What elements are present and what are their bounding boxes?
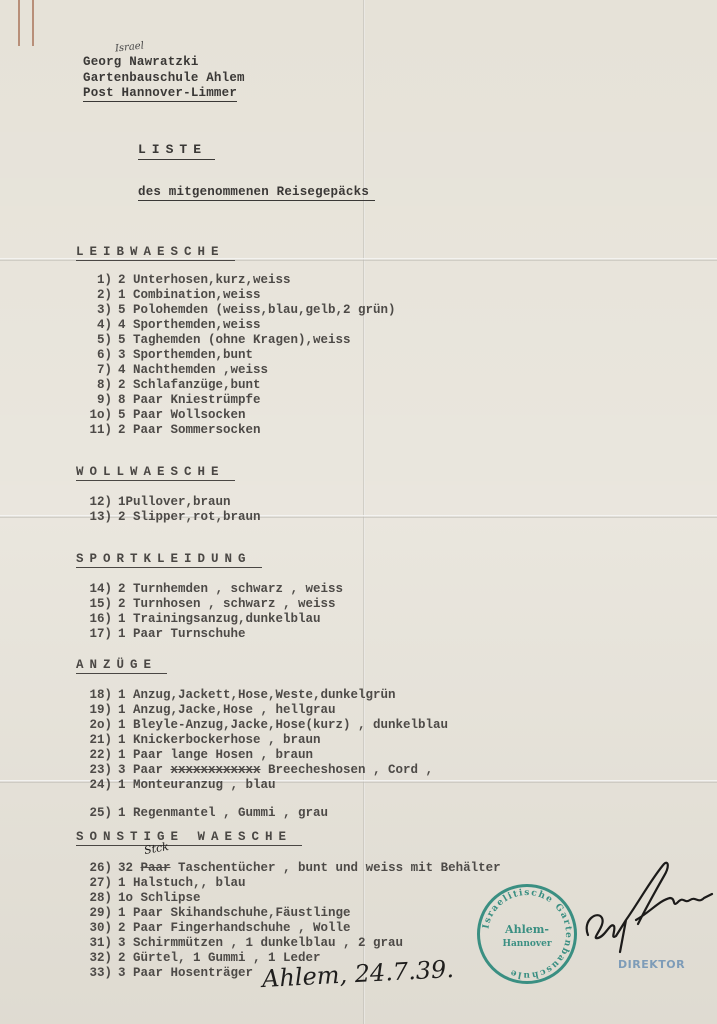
- section-title: ANZÜGE: [76, 658, 167, 674]
- item-number: 28): [76, 891, 112, 906]
- item-number: 19): [76, 703, 112, 718]
- item-number: 32): [76, 951, 112, 966]
- item-number: 14): [76, 582, 112, 597]
- list-item: 8)2 Schlafanzüge,bunt: [76, 378, 396, 393]
- list-item: 3)5 Polohemden (weiss,blau,gelb,2 grün): [76, 303, 396, 318]
- list-item: 29)1 Paar Skihandschuhe,Fäustlinge: [76, 906, 501, 921]
- list-item: 19)1 Anzug,Jacke,Hose , hellgrau: [76, 703, 448, 718]
- section-title: WOLLWAESCHE: [76, 465, 235, 481]
- item-text: 8 Paar Kniestrümpfe: [118, 393, 261, 407]
- list-item: 27)1 Halstuch,, blau: [76, 876, 501, 891]
- item-text: 1 Combination,weiss: [118, 288, 261, 302]
- item-number: 1o): [76, 408, 112, 423]
- item-text: 2 Turnhemden , schwarz , weiss: [118, 582, 343, 596]
- item-number: 22): [76, 748, 112, 763]
- list-item: 30)2 Paar Fingerhandschuhe , Wolle: [76, 921, 501, 936]
- item-number: 29): [76, 906, 112, 921]
- list-item: 2o)1 Bleyle-Anzug,Jacke,Hose(kurz) , dun…: [76, 718, 448, 733]
- page-title: LISTE: [138, 142, 215, 160]
- struck-text: Paar: [141, 861, 171, 875]
- item-text: 1 Monteuranzug , blau: [118, 778, 276, 792]
- school-stamp: Israelitische Gartenbauschule Ahlem- Han…: [477, 884, 577, 984]
- item-text: 32: [118, 861, 141, 875]
- section-title: SPORTKLEIDUNG: [76, 552, 262, 568]
- list-item: 15)2 Turnhosen , schwarz , weiss: [76, 597, 343, 612]
- section-items: 12)1Pullover,braun13)2 Slipper,rot,braun: [76, 495, 261, 525]
- item-text: 5 Taghemden (ohne Kragen),weiss: [118, 333, 351, 347]
- item-text: 2 Paar Fingerhandschuhe , Wolle: [118, 921, 351, 935]
- handwritten-name-insert: Israel: [115, 41, 145, 55]
- item-text: 1 Halstuch,, blau: [118, 876, 246, 890]
- list-item: 16)1 Trainingsanzug,dunkelblau: [76, 612, 343, 627]
- item-text: 5 Polohemden (weiss,blau,gelb,2 grün): [118, 303, 396, 317]
- item-text: 1o Schlipse: [118, 891, 201, 905]
- list-item: 6)3 Sporthemden,bunt: [76, 348, 396, 363]
- item-text: 1 Anzug,Jackett,Hose,Weste,dunkelgrün: [118, 688, 396, 702]
- list-item: 9)8 Paar Kniestrümpfe: [76, 393, 396, 408]
- item-text: 3 Sporthemden,bunt: [118, 348, 253, 362]
- corner-marks: [18, 0, 40, 48]
- item-number: 2o): [76, 718, 112, 733]
- item-number: 7): [76, 363, 112, 378]
- list-item: 31)3 Schirmmützen , 1 dunkelblau , 2 gra…: [76, 936, 501, 951]
- item-text: 3 Paar: [118, 763, 171, 777]
- item-number: 15): [76, 597, 112, 612]
- item-text: 3 Schirmmützen , 1 dunkelblau , 2 grau: [118, 936, 403, 950]
- item-number: 6): [76, 348, 112, 363]
- item-text: 1 Regenmantel , Gummi , grau: [118, 806, 328, 820]
- sender-name: Georg Nawratzki: [83, 55, 199, 69]
- item-number: 3): [76, 303, 112, 318]
- sender-school: Gartenbauschule Ahlem: [83, 71, 245, 85]
- item-number: 25): [76, 806, 112, 821]
- section-items: 1)2 Unterhosen,kurz,weiss2)1 Combination…: [76, 273, 396, 438]
- item-text: 3 Paar Hosenträger: [118, 966, 253, 980]
- item-text: 5 Paar Wollsocken: [118, 408, 246, 422]
- item-number: 27): [76, 876, 112, 891]
- item-text: 2 Paar Sommersocken: [118, 423, 261, 437]
- list-item: 14)2 Turnhemden , schwarz , weiss: [76, 582, 343, 597]
- list-item: 5)5 Taghemden (ohne Kragen),weiss: [76, 333, 396, 348]
- director-stamp: DIREKTOR: [618, 958, 685, 971]
- item-number: 11): [76, 423, 112, 438]
- list-item: 26)32 Paar Taschentücher , bunt und weis…: [76, 861, 501, 876]
- handwritten-annotation: Stck: [143, 840, 170, 857]
- item-text: 1 Paar Turnschuhe: [118, 627, 246, 641]
- item-text: 2 Turnhosen , schwarz , weiss: [118, 597, 336, 611]
- item-number: 2): [76, 288, 112, 303]
- list-item: 18)1 Anzug,Jackett,Hose,Weste,dunkelgrün: [76, 688, 448, 703]
- list-item: 11)2 Paar Sommersocken: [76, 423, 396, 438]
- page-subtitle: des mitgenommenen Reisegepäcks: [138, 185, 375, 201]
- section-title: SONSTIGE WAESCHE: [76, 830, 302, 846]
- item-number: 30): [76, 921, 112, 936]
- item-number: 26): [76, 861, 112, 876]
- item-text: 1 Paar lange Hosen , braun: [118, 748, 313, 762]
- item-text: Taschentücher , bunt und weiss mit Behäl…: [171, 861, 501, 875]
- section-title: LEIBWAESCHE: [76, 245, 235, 261]
- item-number: 9): [76, 393, 112, 408]
- item-text: 1 Bleyle-Anzug,Jacke,Hose(kurz) , dunkel…: [118, 718, 448, 732]
- item-text: 1 Anzug,Jacke,Hose , hellgrau: [118, 703, 336, 717]
- item-text: 1 Knickerbockerhose , braun: [118, 733, 321, 747]
- item-text: 2 Slipper,rot,braun: [118, 510, 261, 524]
- item-number: 17): [76, 627, 112, 642]
- item-text: 1 Paar Skihandschuhe,Fäustlinge: [118, 906, 351, 920]
- list-item: 1o)5 Paar Wollsocken: [76, 408, 396, 423]
- list-item: 1)2 Unterhosen,kurz,weiss: [76, 273, 396, 288]
- director-signature: [580, 860, 717, 960]
- item-number: 16): [76, 612, 112, 627]
- item-text: 1Pullover,braun: [118, 495, 231, 509]
- stamp-center-line2: Hannover: [480, 939, 574, 949]
- item-text: 1 Trainingsanzug,dunkelblau: [118, 612, 321, 626]
- item-text: 2 Unterhosen,kurz,weiss: [118, 273, 291, 287]
- list-item: 22)1 Paar lange Hosen , braun: [76, 748, 448, 763]
- item-text: 4 Nachthemden ,weiss: [118, 363, 268, 377]
- list-item: 12)1Pullover,braun: [76, 495, 261, 510]
- list-item: 28)1o Schlipse: [76, 891, 501, 906]
- list-item: 23)3 Paar xxxxxxxxxxxx Breecheshosen , C…: [76, 763, 448, 778]
- list-item: 21)1 Knickerbockerhose , braun: [76, 733, 448, 748]
- list-item: 7)4 Nachthemden ,weiss: [76, 363, 396, 378]
- list-item: 25)1 Regenmantel , Gummi , grau: [76, 806, 448, 821]
- list-item: 13)2 Slipper,rot,braun: [76, 510, 261, 525]
- item-number: 12): [76, 495, 112, 510]
- item-number: 13): [76, 510, 112, 525]
- list-item: 17)1 Paar Turnschuhe: [76, 627, 343, 642]
- list-item: 2)1 Combination,weiss: [76, 288, 396, 303]
- item-number: 24): [76, 778, 112, 793]
- item-number: 5): [76, 333, 112, 348]
- item-number: 4): [76, 318, 112, 333]
- list-item: 24)1 Monteuranzug , blau: [76, 778, 448, 793]
- stamp-center-line1: Ahlem-: [480, 923, 574, 936]
- list-item: 4)4 Sporthemden,weiss: [76, 318, 396, 333]
- item-number: 18): [76, 688, 112, 703]
- section-items: 18)1 Anzug,Jackett,Hose,Weste,dunkelgrün…: [76, 688, 448, 821]
- item-number: 21): [76, 733, 112, 748]
- item-text: 4 Sporthemden,weiss: [118, 318, 261, 332]
- document-page: Israel Georg Nawratzki Gartenbauschule A…: [0, 0, 717, 1024]
- item-number: 31): [76, 936, 112, 951]
- section-items: 14)2 Turnhemden , schwarz , weiss15)2 Tu…: [76, 582, 343, 642]
- item-text: 2 Schlafanzüge,bunt: [118, 378, 261, 392]
- item-text: Breecheshosen , Cord ,: [261, 763, 434, 777]
- item-number: 8): [76, 378, 112, 393]
- sender-post: Post Hannover-Limmer: [83, 86, 237, 102]
- item-number: 23): [76, 763, 112, 778]
- struck-text: xxxxxxxxxxxx: [171, 763, 261, 777]
- item-number: 33): [76, 966, 112, 981]
- item-number: 1): [76, 273, 112, 288]
